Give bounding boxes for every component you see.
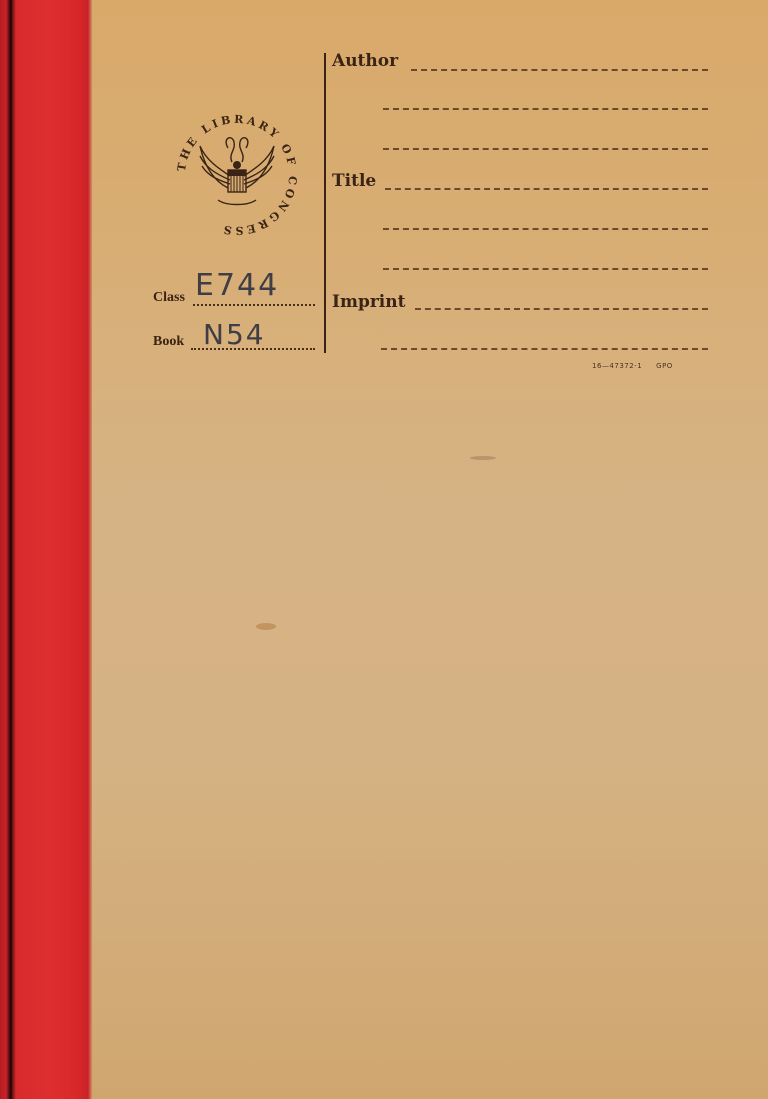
author-label: Author — [332, 51, 398, 71]
vertical-divider — [324, 53, 326, 353]
paper-stain — [470, 456, 496, 460]
book-value: N54 — [203, 318, 266, 351]
title-line-3 — [383, 268, 708, 270]
printer-mark: GPO — [656, 362, 673, 370]
title-line-2 — [383, 228, 708, 230]
class-dotted-line — [193, 304, 315, 306]
red-spine — [0, 0, 92, 1099]
form-number-footer: 16—47372-1GPO — [592, 362, 673, 370]
class-field: Class E744 — [153, 268, 318, 312]
book-field: Book N54 — [153, 316, 318, 356]
imprint-line-1 — [415, 308, 708, 310]
paper-stain — [256, 623, 276, 630]
author-line-2 — [383, 108, 708, 110]
title-line-1 — [385, 188, 708, 190]
title-label: Title — [332, 171, 376, 191]
author-line-1 — [411, 69, 708, 71]
class-value: E744 — [195, 268, 279, 303]
imprint-line-2 — [381, 348, 708, 350]
author-line-3 — [383, 148, 708, 150]
spine-crease — [10, 0, 12, 1099]
imprint-label: Imprint — [332, 292, 405, 312]
form-number: 16—47372-1 — [592, 362, 642, 370]
book-label: Book — [153, 334, 184, 350]
class-label: Class — [153, 290, 185, 306]
library-of-congress-seal-icon: THE LIBRARY OF CONGRESS — [170, 108, 304, 242]
